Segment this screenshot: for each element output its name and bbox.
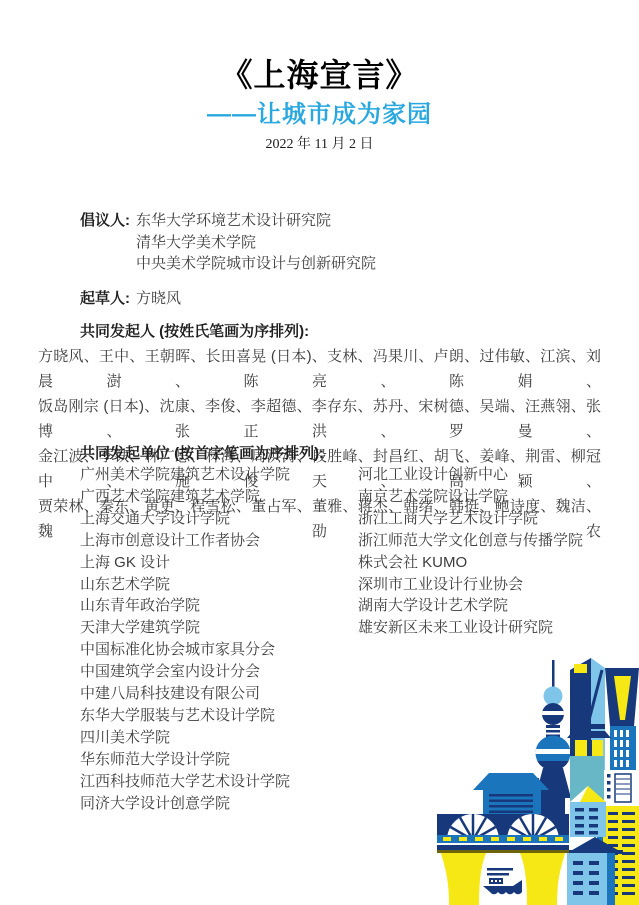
co-unit-item: 中国建筑学会室内设计分会 <box>80 661 358 683</box>
co-unit-item: 广州美术学院建筑艺术设计学院 <box>80 464 358 486</box>
co-initiator-line: 饭岛刚宗 (日本)、沈康、李俊、李超德、李存东、苏丹、宋树德、吴端、汪燕翎、张博… <box>38 394 601 444</box>
co-unit-item: 中建八局科技建设有限公司 <box>80 683 358 705</box>
proposers-list: 东华大学环境艺术设计研究院清华大学美术学院中央美术学院城市设计与创新研究院 <box>136 210 376 275</box>
co-unit-item: 上海市创意设计工作者协会 <box>80 530 358 552</box>
co-unit-item: 同济大学设计创意学院 <box>80 793 358 815</box>
pearl-tower-icon <box>535 660 571 798</box>
co-unit-item: 山东青年政治学院 <box>80 595 358 617</box>
co-initiators-heading: 共同发起人 (按姓氏笔画为序排列): <box>80 323 309 341</box>
proposer-item: 东华大学环境艺术设计研究院 <box>136 210 376 232</box>
bridge-icon <box>437 814 569 853</box>
co-unit-item: 深圳市工业设计行业协会 <box>358 574 636 596</box>
co-unit-item: 广西艺术学院建筑艺术学院 <box>80 486 358 508</box>
co-unit-item: 山东艺术学院 <box>80 574 358 596</box>
co-unit-item: 江西科技师范大学艺术设计学院 <box>80 771 358 793</box>
shanghai-skyline-illustration <box>429 640 639 905</box>
funnel-tower-icon <box>605 668 639 726</box>
boat-icon <box>483 868 522 894</box>
document-date: 2022 年 11 月 2 日 <box>0 133 639 153</box>
co-units-left-column: 广州美术学院建筑艺术设计学院广西艺术学院建筑艺术学院上海交通大学设计学院上海市创… <box>80 464 358 815</box>
page-subtitle: ——让城市成为家园 <box>0 94 639 129</box>
co-unit-item: 湖南大学设计艺术学院 <box>358 595 636 617</box>
drafter-label: 起草人: <box>80 288 130 310</box>
co-unit-item: 河北工业设计创新中心 <box>358 464 636 486</box>
proposers-label: 倡议人: <box>80 210 130 275</box>
page-title: 《上海宣言》 <box>0 50 639 96</box>
co-initiator-line: 方晓风、王中、王朝晖、长田喜晃 (日本)、支林、冯果川、卢朗、过伟敏、江滨、刘晨… <box>38 344 601 394</box>
document-page: 《上海宣言》 ——让城市成为家园 2022 年 11 月 2 日 倡议人: 东华… <box>0 0 639 905</box>
co-unit-item: 株式会社 KUMO <box>358 552 636 574</box>
drafter-name: 方晓风 <box>136 288 181 310</box>
co-unit-item: 中国标准化协会城市家具分会 <box>80 639 358 661</box>
co-unit-item: 浙江工商大学艺术设计学院 <box>358 508 636 530</box>
white-building-icon <box>603 770 639 806</box>
co-unit-item: 上海交通大学设计学院 <box>80 508 358 530</box>
proposer-item: 清华大学美术学院 <box>136 232 376 254</box>
proposers-section: 倡议人: 东华大学环境艺术设计研究院清华大学美术学院中央美术学院城市设计与创新研… <box>80 210 376 275</box>
drafter-section: 起草人: 方晓风 <box>80 288 181 310</box>
co-units-heading: 共同发起单位 (按首字笔画为序排列): <box>80 445 324 463</box>
co-unit-item: 天津大学建筑学院 <box>80 617 358 639</box>
co-unit-item: 华东师范大学设计学院 <box>80 749 358 771</box>
proposer-item: 中央美术学院城市设计与创新研究院 <box>136 253 376 275</box>
co-unit-item: 浙江师范大学文化创意与传播学院 <box>358 530 636 552</box>
co-unit-item: 上海 GK 设计 <box>80 552 358 574</box>
co-unit-item: 南京艺术学院设计学院 <box>358 486 636 508</box>
striped-building-icon <box>610 726 636 770</box>
co-unit-item: 东华大学服装与艺术设计学院 <box>80 705 358 727</box>
co-unit-item: 四川美术学院 <box>80 727 358 749</box>
co-unit-item: 雄安新区未来工业设计研究院 <box>358 617 636 639</box>
